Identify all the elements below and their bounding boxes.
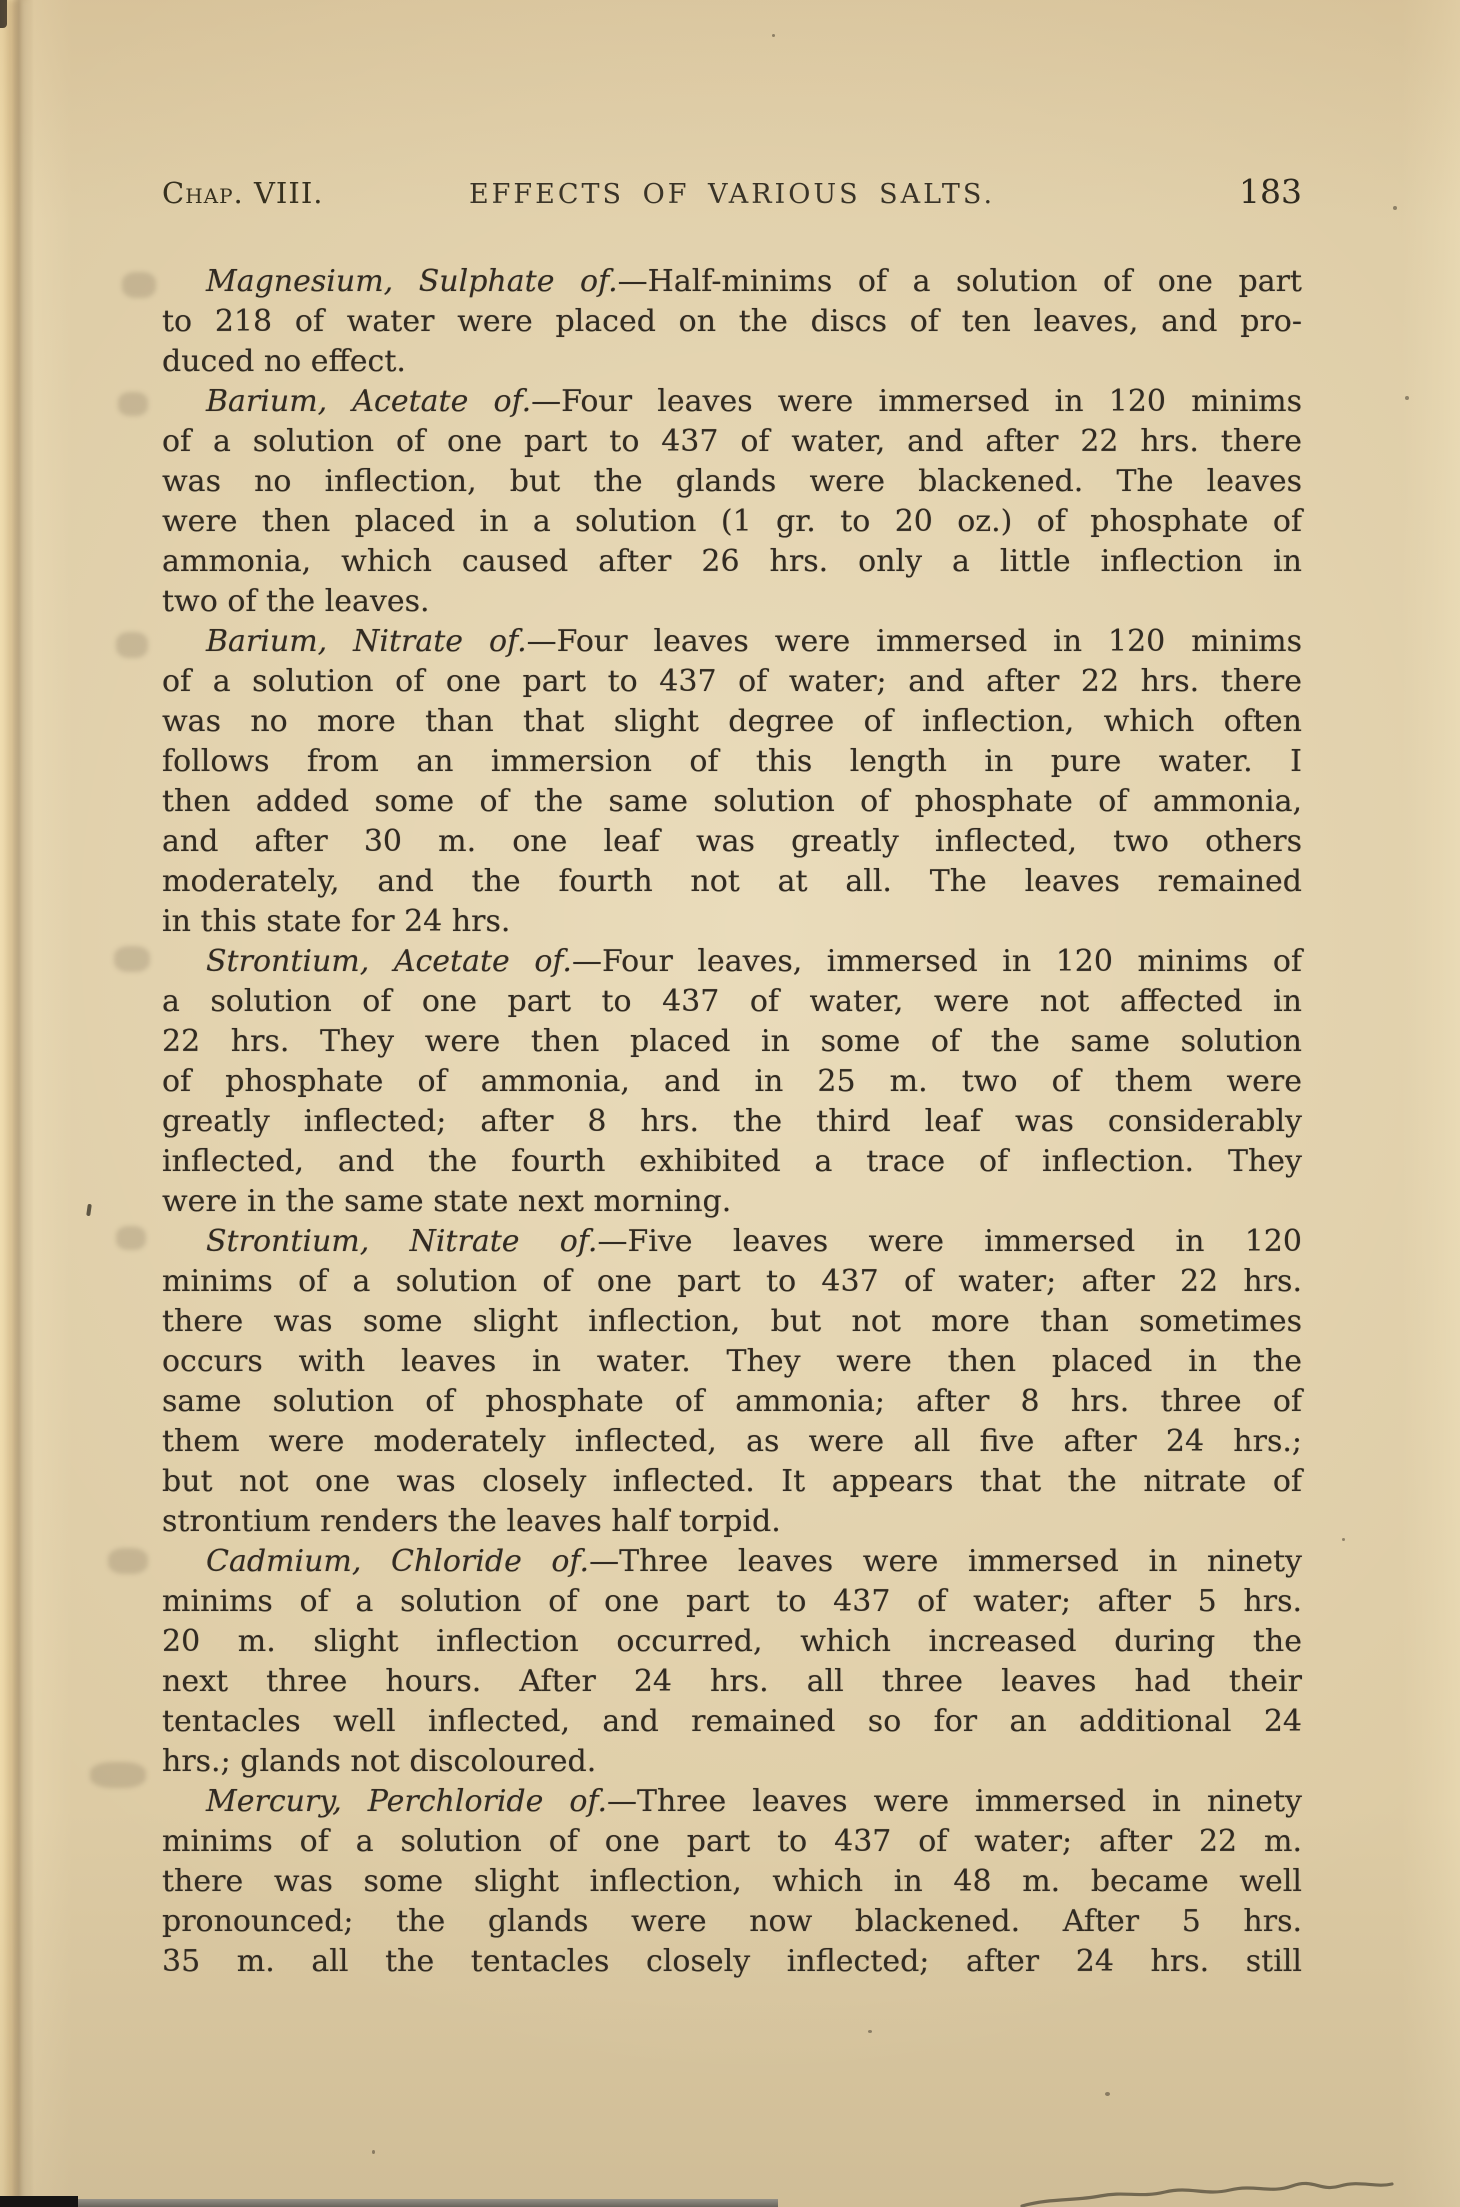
text-run: —Four leaves were immersed in 120 minims <box>531 384 1302 419</box>
text-line: them were moderately inflected, as were … <box>162 1422 1302 1462</box>
text-line: strontium renders the leaves half torpid… <box>162 1502 1302 1542</box>
text-line: moderately, and the fourth not at all. T… <box>162 862 1302 902</box>
text-run: —Four leaves, immersed in 120 minims of <box>572 944 1302 979</box>
chapter-label: Chap. VIII. <box>162 176 469 210</box>
text-line: there was some slight inflection, but no… <box>162 1302 1302 1342</box>
salt-name-italic: Magnesium, Sulphate of. <box>206 264 618 299</box>
text-line: duced no effect. <box>162 342 1302 382</box>
text-run: —Three leaves were immersed in ninety <box>607 1784 1302 1819</box>
text-line: of a solution of one part to 437 of wate… <box>162 422 1302 462</box>
text-line: minims of a solution of one part to 437 … <box>162 1582 1302 1622</box>
text-line: Mercury, Perchloride of.—Three leaves we… <box>162 1782 1302 1822</box>
bleed-through-smudge <box>118 392 148 416</box>
text-line: occurs with leaves in water. They were t… <box>162 1342 1302 1382</box>
margin-ink-mark <box>86 1204 92 1216</box>
text-line: hrs.; glands not discoloured. <box>162 1742 1302 1782</box>
bleed-through-smudge <box>116 1226 146 1250</box>
text-line: were in the same state next morning. <box>162 1182 1302 1222</box>
text-line: Cadmium, Chloride of.—Three leaves were … <box>162 1542 1302 1582</box>
text-line: tentacles well inflected, and remained s… <box>162 1702 1302 1742</box>
running-title: EFFECTS OF VARIOUS SALTS. <box>469 179 995 210</box>
text-run: —Five leaves were immersed in 120 <box>597 1224 1302 1259</box>
text-run: —Half-minims of a solution of one part <box>618 264 1302 299</box>
bleed-through-smudge <box>116 632 148 658</box>
paper-speck <box>772 34 775 37</box>
text-line: greatly inflected; after 8 hrs. the thir… <box>162 1102 1302 1142</box>
page-header: Chap. VIII. EFFECTS OF VARIOUS SALTS. 18… <box>162 172 1302 211</box>
text-line: of phosphate of ammonia, and in 25 m. tw… <box>162 1062 1302 1102</box>
salt-name-italic: Cadmium, Chloride of. <box>206 1544 589 1579</box>
page-curl-wavy-line <box>1020 2168 1420 2207</box>
text-line: to 218 of water were placed on the discs… <box>162 302 1302 342</box>
text-line: there was some slight inflection, which … <box>162 1862 1302 1902</box>
text-line: 20 m. slight inflection occurred, which … <box>162 1622 1302 1662</box>
text-run: —Three leaves were immersed in ninety <box>589 1544 1302 1579</box>
paper-speck <box>372 2150 375 2154</box>
text-line: minims of a solution of one part to 437 … <box>162 1822 1302 1862</box>
paragraph-magnesium-sulphate: Magnesium, Sulphate of.—Half-minims of a… <box>162 262 1302 382</box>
paper-speck <box>868 2030 872 2033</box>
paper-speck <box>1393 206 1397 210</box>
text-line: and after 30 m. one leaf was greatly inf… <box>162 822 1302 862</box>
salt-name-italic: Mercury, Perchloride of. <box>206 1784 607 1819</box>
text-line: was no more than that slight degree of i… <box>162 702 1302 742</box>
paper-speck <box>1342 1538 1345 1541</box>
text-line: two of the leaves. <box>162 582 1302 622</box>
text-line: minims of a solution of one part to 437 … <box>162 1262 1302 1302</box>
bleed-through-smudge <box>114 946 150 972</box>
page-crease-shadow <box>6 0 30 2207</box>
page-number: 183 <box>995 172 1302 211</box>
paper-speck <box>1105 2092 1110 2096</box>
bleed-through-smudge <box>108 1548 148 1574</box>
scan-edge-gray-bar <box>78 2199 778 2207</box>
paragraph-barium-acetate: Barium, Acetate of.—Four leaves were imm… <box>162 382 1302 622</box>
text-line: of a solution of one part to 437 of wate… <box>162 662 1302 702</box>
text-line: ammonia, which caused after 26 hrs. only… <box>162 542 1302 582</box>
paragraph-barium-nitrate: Barium, Nitrate of.—Four leaves were imm… <box>162 622 1302 942</box>
paragraph-cadmium-chloride: Cadmium, Chloride of.—Three leaves were … <box>162 1542 1302 1782</box>
text-line: then added some of the same solution of … <box>162 782 1302 822</box>
body-text: Magnesium, Sulphate of.—Half-minims of a… <box>162 262 1302 1982</box>
text-line: 35 m. all the tentacles closely inflecte… <box>162 1942 1302 1982</box>
text-line: Barium, Acetate of.—Four leaves were imm… <box>162 382 1302 422</box>
salt-name-italic: Barium, Acetate of. <box>206 384 531 419</box>
salt-name-italic: Barium, Nitrate of. <box>206 624 527 659</box>
book-page-scan: Chap. VIII. EFFECTS OF VARIOUS SALTS. 18… <box>0 0 1460 2207</box>
text-line: Strontium, Acetate of.—Four leaves, imme… <box>162 942 1302 982</box>
salt-name-italic: Strontium, Nitrate of. <box>206 1224 597 1259</box>
text-line: 22 hrs. They were then placed in some of… <box>162 1022 1302 1062</box>
text-line: but not one was closely inflected. It ap… <box>162 1462 1302 1502</box>
paragraph-strontium-acetate: Strontium, Acetate of.—Four leaves, imme… <box>162 942 1302 1222</box>
text-line: pronounced; the glands were now blackene… <box>162 1902 1302 1942</box>
paper-speck <box>1405 396 1409 400</box>
text-line: next three hours. After 24 hrs. all thre… <box>162 1662 1302 1702</box>
text-line: a solution of one part to 437 of water, … <box>162 982 1302 1022</box>
paragraph-strontium-nitrate: Strontium, Nitrate of.—Five leaves were … <box>162 1222 1302 1542</box>
text-line: were then placed in a solution (1 gr. to… <box>162 502 1302 542</box>
text-line: same solution of phosphate of ammonia; a… <box>162 1382 1302 1422</box>
paragraph-mercury-perchloride: Mercury, Perchloride of.—Three leaves we… <box>162 1782 1302 1982</box>
salt-name-italic: Strontium, Acetate of. <box>206 944 572 979</box>
text-line: Strontium, Nitrate of.—Five leaves were … <box>162 1222 1302 1262</box>
text-line: was no inflection, but the glands were b… <box>162 462 1302 502</box>
text-line: follows from an immersion of this length… <box>162 742 1302 782</box>
text-line: Magnesium, Sulphate of.—Half-minims of a… <box>162 262 1302 302</box>
text-line: in this state for 24 hrs. <box>162 902 1302 942</box>
text-line: Barium, Nitrate of.—Four leaves were imm… <box>162 622 1302 662</box>
bleed-through-smudge <box>90 1762 146 1788</box>
text-run: —Four leaves were immersed in 120 minims <box>527 624 1302 659</box>
text-line: inflected, and the fourth exhibited a tr… <box>162 1142 1302 1182</box>
bleed-through-smudge <box>122 272 156 298</box>
scan-edge-black-bar <box>0 2196 78 2207</box>
